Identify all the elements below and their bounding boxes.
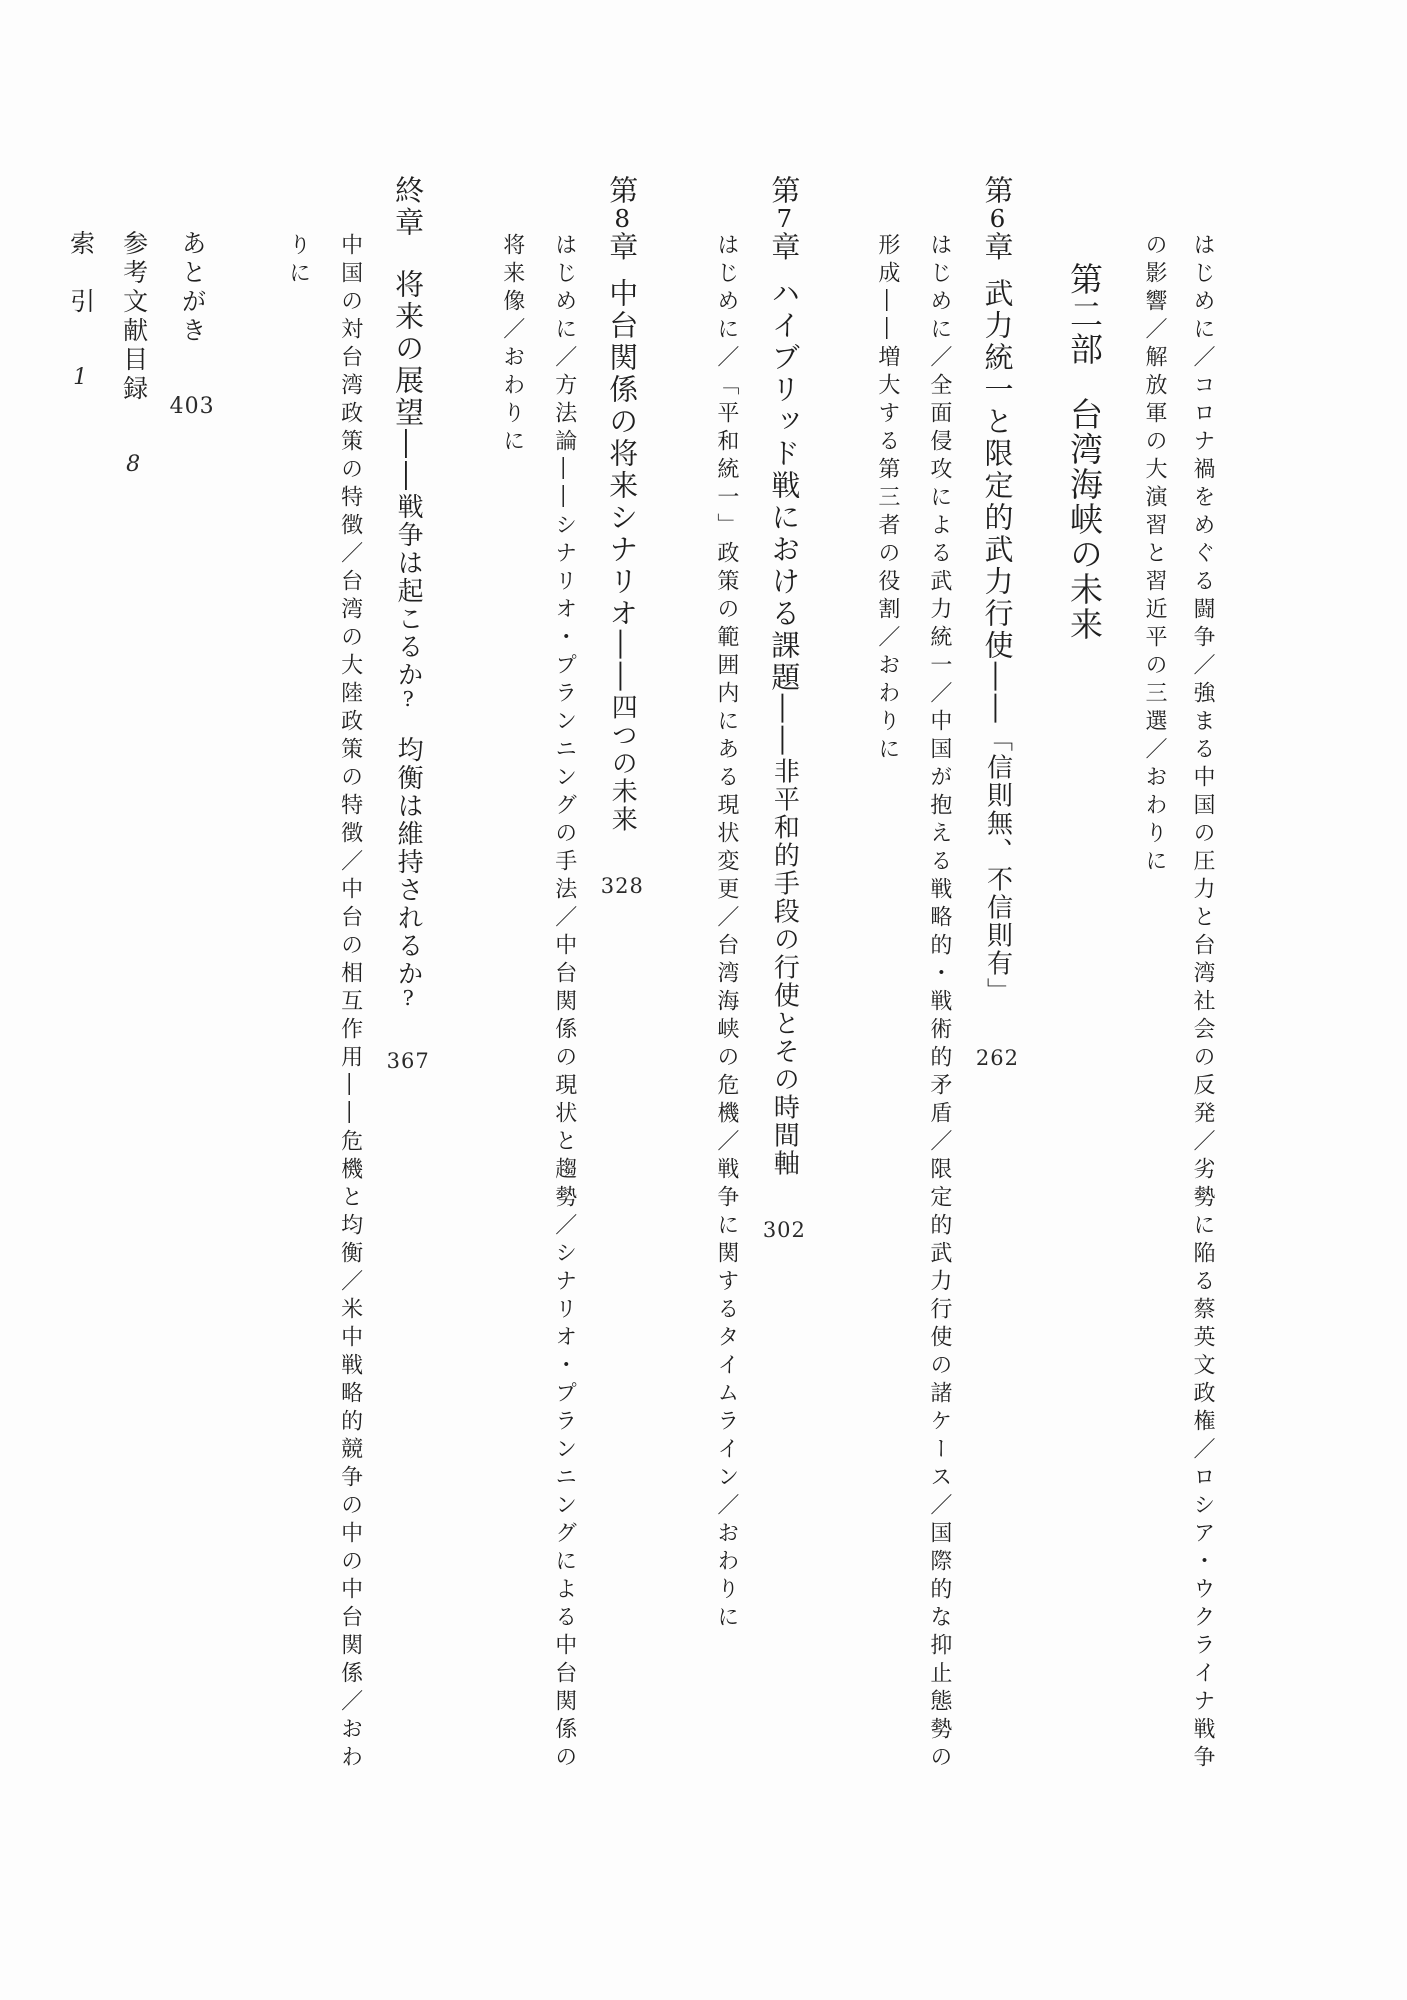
part-2-heading: 第二部台湾海峡の未来	[1068, 140, 1101, 1860]
chapter-8-number: 8	[614, 207, 630, 232]
final-chapter-question-1: 戦争は起こるか	[393, 493, 423, 689]
final-chapter-subentries-line-2: りに	[287, 140, 309, 1860]
chapter-6-dash: ――	[980, 662, 1014, 726]
chapter-7-subtitle: 非平和的手段の行使とその時間軸	[769, 758, 799, 1178]
final-chapter-page-number: 367	[387, 1051, 430, 1072]
final-chapter-subentries-line-1: 中国の対台湾政策の特徴／台湾の大陸政策の特徴／中台の相互作用――危機と均衡／米中…	[339, 140, 361, 1860]
part-2-title: 台湾海峡の未来	[1065, 397, 1104, 642]
chapter-8-page-number: 328	[601, 876, 644, 897]
chapter-6-label: 第6章	[980, 175, 1014, 264]
chapter-8-title: 中台関係の将来シナリオ	[605, 278, 639, 630]
afterword-title: あとがき	[178, 230, 207, 346]
afterword-entry: あとがき403	[170, 140, 215, 1860]
chapter-7-subentries-line-1: はじめに／「平和統一」政策の範囲内にある現状変更／台湾海峡の危機／戦争に関するタ…	[715, 140, 737, 1860]
question-mark-1: ?	[403, 689, 414, 710]
prev-chapter-subentries-line-1: はじめに／コロナ禍をめぐる闘争／強まる中国の圧力と台湾社会の反発／劣勢に陥る蔡英…	[1191, 140, 1213, 1860]
chapter-8-label: 第8章	[605, 175, 639, 264]
book-toc-page: はじめに／コロナ禍をめぐる闘争／強まる中国の圧力と台湾社会の反発／劣勢に陥る蔡英…	[0, 0, 1407, 2000]
chapter-6-entry: 第6章武力統一と限定的武力行使――「信則無、不信則有」262	[976, 140, 1019, 1860]
index-entry: 索 引1	[69, 140, 94, 1860]
table-of-contents: はじめに／コロナ禍をめぐる闘争／強まる中国の圧力と台湾社会の反発／劣勢に陥る蔡英…	[69, 140, 1213, 1860]
final-chapter-entry: 終章将来の展望――戦争は起こるか?均衡は維持されるか?367	[387, 140, 430, 1860]
chapter-6-title: 武力統一と限定的武力行使	[980, 278, 1014, 662]
prev-chapter-subentries-line-2: の影響／解放軍の大演習と習近平の三選／おわりに	[1143, 140, 1165, 1860]
chapter-8-subtitle: 四つの未来	[607, 694, 637, 834]
question-mark-2: ?	[403, 988, 414, 1009]
final-chapter-title: 将来の展望	[391, 269, 425, 429]
final-chapter-question-2: 均衡は維持されるか	[393, 736, 423, 988]
index-title: 索 引	[67, 230, 96, 317]
chapter-8-subentries-line-1: はじめに／方法論――シナリオ・プランニングの手法／中台関係の現状と趨勢／シナリオ…	[553, 140, 575, 1860]
chapter-7-dash: ――	[767, 694, 801, 758]
chapter-7-title: ハイブリッド戦における課題	[767, 278, 801, 694]
chapter-7-entry: 第7章ハイブリッド戦における課題――非平和的手段の行使とその時間軸302	[763, 140, 806, 1860]
part-2-label: 第二部	[1065, 262, 1104, 367]
final-chapter-dash: ――	[391, 429, 425, 493]
bibliography-entry: 参考文献目録8	[122, 140, 147, 1860]
index-page-number: 1	[73, 367, 88, 389]
chapter-7-page-number: 302	[763, 1220, 806, 1241]
chapter-7-label: 第7章	[767, 175, 801, 264]
chapter-6-subentries-line-2: 形成――増大する第三者の役割／おわりに	[876, 140, 898, 1860]
final-chapter-label: 終章	[391, 175, 425, 239]
chapter-6-number: 6	[990, 207, 1006, 232]
chapter-6-subtitle: 「信則無、不信則有」	[982, 726, 1012, 1006]
chapter-7-number: 7	[777, 207, 793, 232]
afterword-page-number: 403	[170, 396, 215, 418]
chapter-6-page-number: 262	[976, 1048, 1019, 1069]
chapter-8-dash: ――	[605, 630, 639, 694]
bibliography-page-number: 8	[126, 454, 141, 476]
chapter-8-entry: 第8章中台関係の将来シナリオ――四つの未来328	[601, 140, 644, 1860]
chapter-8-subentries-line-2: 将来像／おわりに	[501, 140, 523, 1860]
chapter-6-subentries-line-1: はじめに／全面侵攻による武力統一／中国が抱える戦略的・戦術的矛盾／限定的武力行使…	[928, 140, 950, 1860]
bibliography-title: 参考文献目録	[120, 230, 149, 404]
